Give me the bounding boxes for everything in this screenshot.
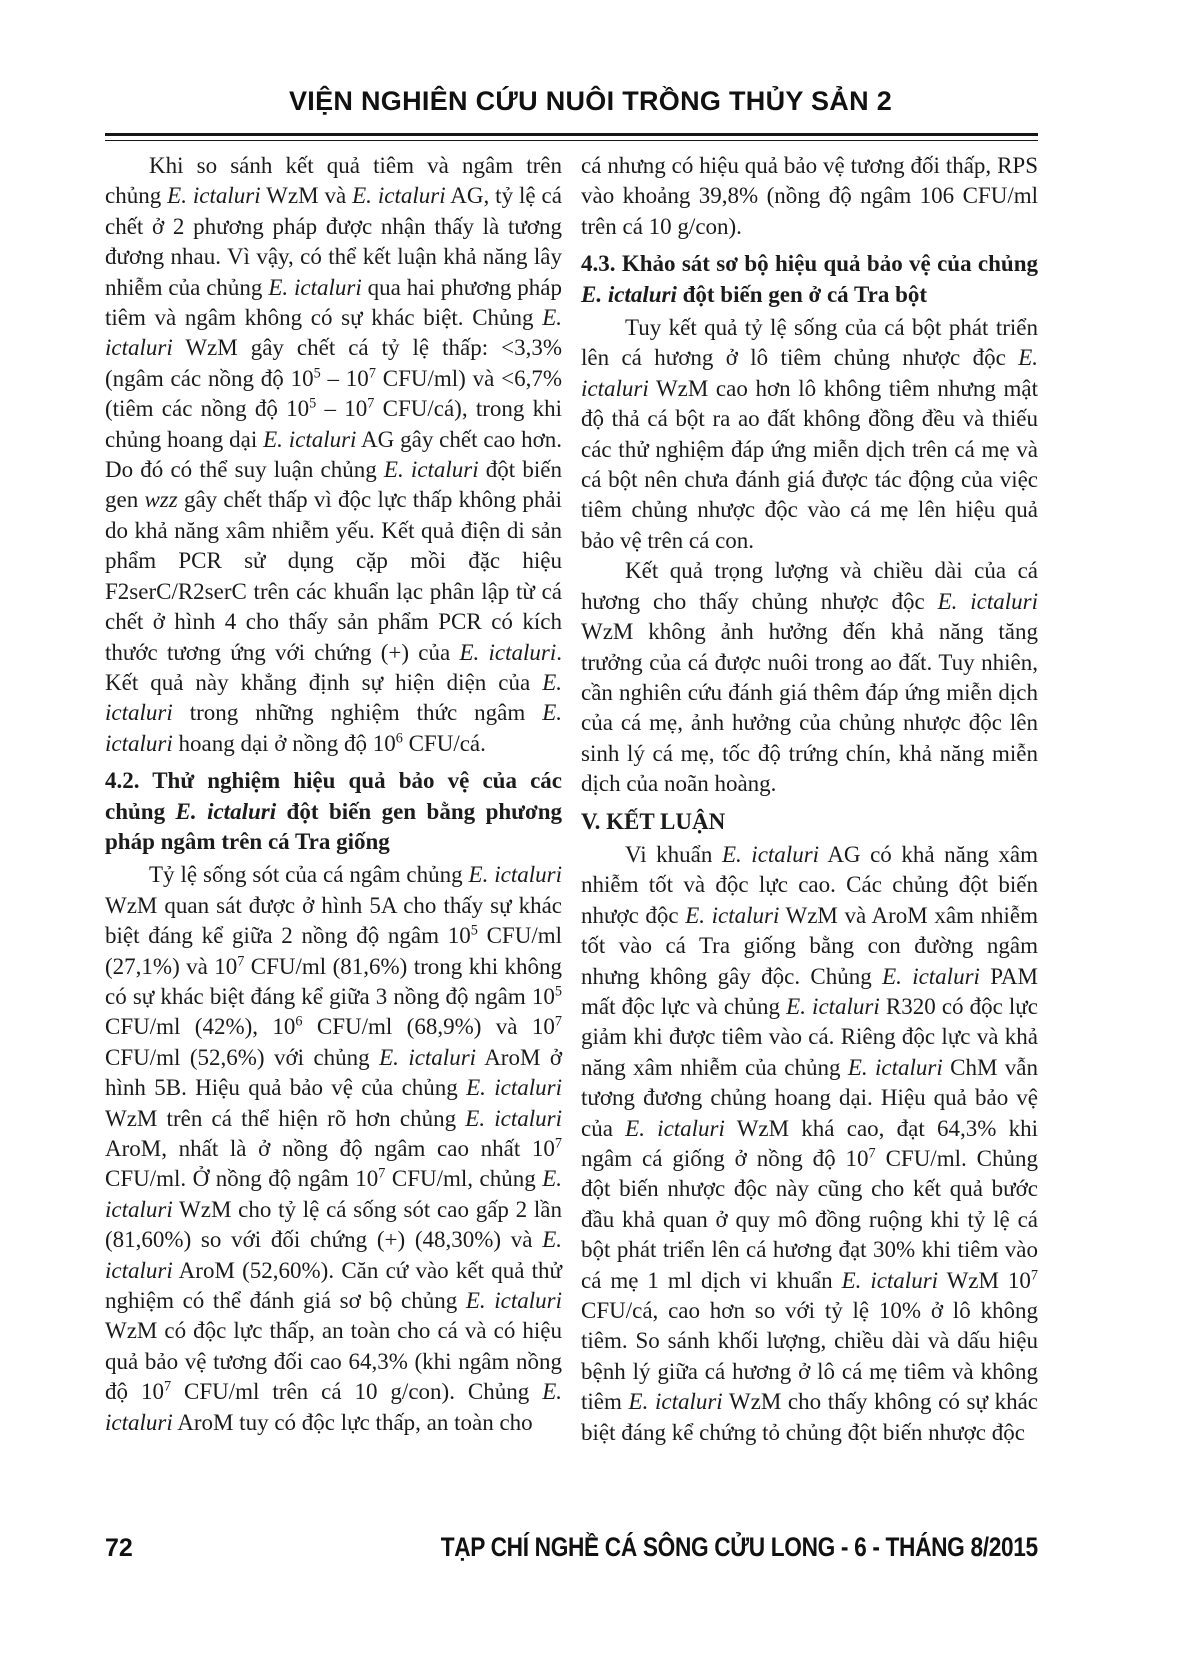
section-heading: V. KẾT LUẬN [581, 807, 1038, 837]
left-column: Khi so sánh kết quả tiêm và ngâm trên ch… [105, 151, 562, 1448]
section-heading: 4.2. Thử nghiệm hiệu quả bảo vệ của các … [105, 766, 562, 857]
section-heading: 4.3. Khảo sát sơ bộ hiệu quả bảo vệ của … [581, 249, 1038, 310]
paragraph: Tỷ lệ sống sót của cá ngâm chủng E. icta… [105, 860, 562, 1438]
header-divider [105, 133, 1038, 141]
paragraph: Khi so sánh kết quả tiêm và ngâm trên ch… [105, 151, 562, 759]
document-page: VIỆN NGHIÊN CỨU NUÔI TRỒNG THỦY SẢN 2 Kh… [0, 0, 1181, 1653]
page-header-title: VIỆN NGHIÊN CỨU NUÔI TRỒNG THỦY SẢN 2 [0, 0, 1181, 117]
page-footer: 72 TẠP CHÍ NGHỀ CÁ SÔNG CỬU LONG - 6 - T… [105, 1532, 1038, 1563]
right-column: cá nhưng có hiệu quả bảo vệ tương đối th… [581, 151, 1038, 1448]
paragraph: Tuy kết quả tỷ lệ sống của cá bột phát t… [581, 313, 1038, 556]
page-number: 72 [105, 1534, 133, 1563]
journal-title: TẠP CHÍ NGHỀ CÁ SÔNG CỬU LONG - 6 - THÁN… [441, 1532, 1038, 1563]
paragraph: Vi khuẩn E. ictaluri AG có khả năng xâm … [581, 840, 1038, 1448]
paragraph: Kết quả trọng lượng và chiều dài của cá … [581, 556, 1038, 799]
paragraph: cá nhưng có hiệu quả bảo vệ tương đối th… [581, 151, 1038, 242]
two-column-body: Khi so sánh kết quả tiêm và ngâm trên ch… [0, 141, 1181, 1448]
